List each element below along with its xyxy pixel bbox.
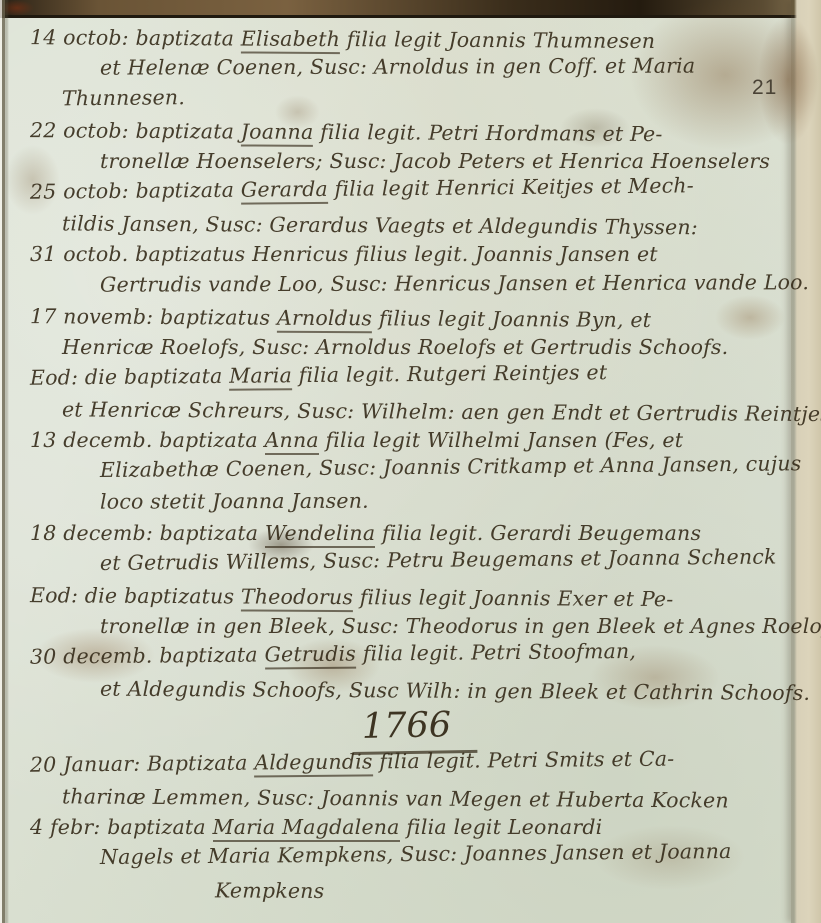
entry-text: filia legit. Rutgeri Reintjes et <box>292 360 607 387</box>
register-line: tildis Jansen, Susc: Gerardus Vaegts et … <box>0 208 800 244</box>
baptized-name-underlined: Aldegundis <box>254 749 373 777</box>
entry-text: 14 octob: baptizata <box>30 25 241 50</box>
register-line: et Getrudis Willems, Susc: Petru Beugema… <box>0 541 800 580</box>
register-line: Elizabethæ Coenen, Susc: Joannis Critkam… <box>0 448 800 487</box>
register-line: Gertrudis vande Loo, Susc: Henricus Jans… <box>0 267 800 301</box>
entry-text: tronellæ Hoenselers; Susc: Jacob Peters … <box>100 149 770 173</box>
register-line: Nagels et Maria Kempkens, Susc: Joannes … <box>0 835 800 874</box>
book-top-edge <box>0 0 821 18</box>
baptized-name-underlined: Maria Magdalena <box>213 815 400 842</box>
baptized-name-underlined: Theodorus <box>241 584 353 612</box>
entry-text: filia legit. Petri Smits et Ca- <box>373 747 675 774</box>
entry-text: loco stetit Joanna Jansen. <box>100 489 369 514</box>
entry-text: filia legit Joannis Thumnesen <box>340 27 655 53</box>
entry-text: 13 decemb. baptizata <box>30 428 265 452</box>
register-line: Eod: die baptizata Maria filia legit. Ru… <box>0 355 800 394</box>
baptized-name-underlined: Maria <box>229 363 292 391</box>
entry-text: filia legit Henrici Keitjes et Mech- <box>328 173 694 201</box>
entry-text: 30 decemb. baptizata <box>30 642 265 668</box>
baptized-name-underlined: Getrudis <box>264 642 356 670</box>
baptized-name-underlined: Wendelina <box>265 521 375 548</box>
entry-text: 25 octob: baptizata <box>30 178 241 204</box>
entry-text: filia legit Leonardi <box>400 815 603 839</box>
baptized-name-underlined: Gerarda <box>241 177 328 205</box>
register-line: 20 Januar: Baptizata Aldegundis filia le… <box>0 742 800 781</box>
register-line: Thunnesen. <box>0 76 800 115</box>
register-line: Kempkens <box>0 874 800 910</box>
register-line: 22 octob: baptizata Joanna filia legit. … <box>0 115 800 151</box>
entry-text: 4 febr: baptizata <box>30 815 213 839</box>
entry-text: Kempkens <box>215 878 324 903</box>
entry-text: filia legit. Petri Stoofman, <box>356 639 636 666</box>
entry-text: et Helenæ Coenen, Susc: Arnoldus in gen … <box>100 54 695 80</box>
entry-text: filia legit. Petri Hordmans et Pe- <box>313 120 662 146</box>
entry-text: 31 octob. baptizatus Henricus filius leg… <box>30 242 658 266</box>
entry-text: Thunnesen. <box>62 85 185 110</box>
entry-text: 20 Januar: Baptizata <box>30 751 255 777</box>
entry-text: tharinæ Lemmen, Susc: Joannis van Megen … <box>62 784 729 812</box>
entry-text: et Aldegundis Schoofs, Susc Wilh: in gen… <box>100 677 810 705</box>
register-line: 30 decemb. baptizata Getrudis filia legi… <box>0 634 800 673</box>
baptized-name-underlined: Joanna <box>241 119 314 146</box>
scanned-register-page: 21 14 octob: baptizata Elisabeth filia l… <box>0 0 821 923</box>
entry-text: 17 novemb: baptizatus <box>30 304 277 330</box>
entry-text: Henricæ Roelofs, Susc: Arnoldus Roelofs … <box>62 335 728 359</box>
entry-text: et Henricæ Schreurs, Susc: Wilhelm: aen … <box>62 397 821 426</box>
entry-text: tildis Jansen, Susc: Gerardus Vaegts et … <box>62 211 698 239</box>
entry-text: filius legit Joannis Byn, et <box>372 306 651 332</box>
register-line: 31 octob. baptizatus Henricus filius leg… <box>0 239 800 270</box>
register-line: Eod: die baptizatus Theodorus filius leg… <box>0 580 800 616</box>
entry-text: 22 octob: baptizata <box>30 118 241 143</box>
entry-text: Elizabethæ Coenen, Susc: Joannis Critkam… <box>100 451 802 482</box>
baptized-name-underlined: Elisabeth <box>241 26 340 54</box>
entry-text: Gertrudis vande Loo, Susc: Henricus Jans… <box>100 270 809 296</box>
register-line: et Henricæ Schreurs, Susc: Wilhelm: aen … <box>0 394 800 430</box>
register-line: 25 octob: baptizata Gerarda filia legit … <box>0 169 800 208</box>
entry-text: et Getrudis Willems, Susc: Petru Beugema… <box>100 545 777 575</box>
entry-text: Eod: die baptizatus <box>30 583 241 608</box>
register-line: tharinæ Lemmen, Susc: Joannis van Megen … <box>0 781 800 817</box>
entry-text: filia legit. Gerardi Beugemans <box>375 521 701 545</box>
entry-text: filia legit Wilhelmi Jansen (Fes, et <box>319 428 683 452</box>
register-entries: 14 octob: baptizata Elisabeth filia legi… <box>0 22 800 905</box>
entry-text: Eod: die baptizata <box>30 364 229 390</box>
entry-text: filius legit Joannis Exer et Pe- <box>353 585 673 611</box>
baptized-name-underlined: Arnoldus <box>277 306 372 334</box>
baptized-name-underlined: Anna <box>265 428 319 455</box>
entry-text: 18 decemb: baptizata <box>30 521 265 545</box>
register-line: loco stetit Joanna Jansen. <box>0 484 800 518</box>
register-line: 17 novemb: baptizatus Arnoldus filius le… <box>0 301 800 337</box>
entry-text: Nagels et Maria Kempkens, Susc: Joannes … <box>100 839 732 869</box>
